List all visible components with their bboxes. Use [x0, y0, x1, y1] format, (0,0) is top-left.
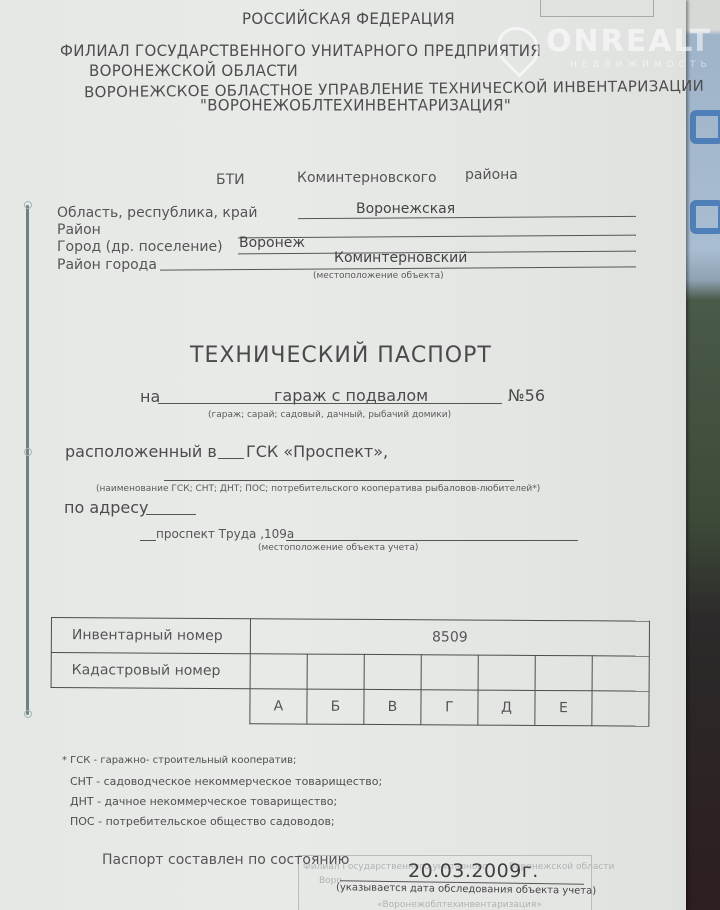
inventory-number-value: 8509 — [250, 619, 649, 656]
letter-cell-e: Е — [535, 690, 592, 725]
cadastral-cell — [535, 655, 592, 690]
cadastral-cell — [592, 656, 649, 691]
bti-district: Коминтерновского — [297, 170, 437, 186]
binding-hole — [24, 201, 32, 209]
cadastral-cell — [478, 655, 535, 690]
located-underline — [164, 480, 514, 481]
footnote-dnt: ДНТ - дачное некоммерческое товарищество… — [70, 795, 337, 808]
address-hint: (местоположение объекта учета) — [258, 543, 418, 553]
letter-cell-d: Д — [478, 690, 535, 725]
bti-prefix: БТИ — [216, 172, 245, 188]
located-value: ГСК «Проспект», — [246, 442, 388, 461]
top-edge-box — [540, 0, 654, 17]
city-district-value: Коминтерновский — [334, 250, 467, 266]
city-label: Город (др. поселение) — [57, 239, 223, 255]
compiled-date: 20.03.2009г. — [408, 860, 539, 882]
letter-cell-empty — [592, 691, 649, 726]
location-hint: (местоположение объекта) — [313, 271, 444, 281]
cadastral-cell — [250, 654, 307, 689]
located-hint: (наименование ГСК; СНТ; ДНТ; ПОС; потреб… — [96, 484, 540, 494]
region-label: Область, республика, край — [57, 205, 257, 221]
org-line-4: "ВОРОНЕЖОБЛТЕХИНВЕНТАРИЗАЦИЯ" — [200, 96, 511, 115]
address-value: проспект Труда ,109а — [156, 527, 294, 541]
document-title: ТЕХНИЧЕСКИЙ ПАСПОРТ — [190, 343, 492, 368]
address-underline — [286, 540, 578, 541]
footnote-snt: СНТ - садоводческое некоммерческое товар… — [70, 775, 382, 788]
located-label: расположенный в — [65, 442, 217, 461]
city-district-underline — [160, 266, 636, 270]
region-underline — [298, 216, 636, 219]
object-number: №56 — [508, 386, 545, 405]
background-blue-mark — [690, 200, 720, 234]
binding-line — [26, 205, 29, 715]
inventory-number-label: Инвентарный номер — [51, 618, 250, 654]
cadastral-number-label: Кадастровый номер — [51, 653, 250, 689]
cadastral-cell — [364, 654, 421, 689]
letter-cell-v: В — [364, 689, 421, 724]
binding-hole — [24, 710, 32, 718]
footnote-pos: ПОС - потребительское общество садоводов… — [70, 815, 335, 828]
address-underline-short — [146, 514, 196, 515]
bti-suffix: района — [465, 167, 518, 183]
district-label: Район — [57, 222, 101, 238]
cadastral-cell — [307, 654, 364, 689]
region-value: Воронежская — [356, 201, 455, 217]
background-surface — [684, 0, 720, 910]
org-line-2: ВОРОНЕЖСКОЙ ОБЛАСТИ — [89, 62, 298, 81]
address-label: по адресу — [64, 498, 148, 517]
address-lead-underline — [140, 540, 156, 541]
letter-cell-a: А — [250, 689, 307, 724]
footnote-gsk: * ГСК - гаражно- строительный кооператив… — [62, 755, 296, 766]
object-hint: (гараж; сарай; садовый, дачный, рыбачий … — [208, 410, 451, 420]
letter-cell-g: Г — [421, 690, 478, 725]
org-line-1: ФИЛИАЛ ГОСУДАРСТВЕННОГО УНИТАРНОГО ПРЕДП… — [60, 42, 541, 61]
binding-hole — [24, 448, 32, 456]
background-blue-mark — [690, 110, 720, 144]
inventory-table: Инвентарный номер 8509 Кадастровый номер… — [50, 617, 650, 727]
passport-page: РОССИЙСКАЯ ФЕДЕРАЦИЯ ФИЛИАЛ ГОСУДАРСТВЕН… — [0, 0, 686, 910]
city-value: Воронеж — [239, 235, 305, 251]
located-underline-short — [218, 458, 244, 459]
city-district-label: Район города — [57, 257, 157, 273]
compiled-label: Паспорт составлен по состоянию — [102, 852, 349, 868]
cadastral-cell — [421, 655, 478, 690]
country-heading: РОССИЙСКАЯ ФЕДЕРАЦИЯ — [242, 10, 455, 29]
letter-cell-b: Б — [307, 689, 364, 724]
object-type-value: гараж с подвалом — [274, 386, 428, 405]
